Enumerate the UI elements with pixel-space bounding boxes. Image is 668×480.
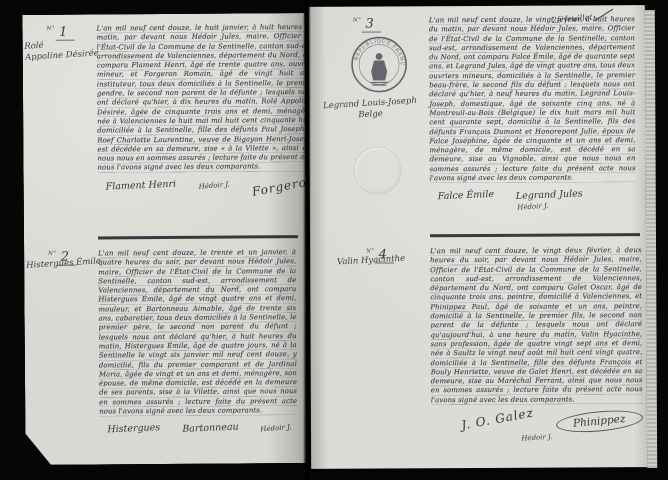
act-number-prefix: N° bbox=[47, 26, 56, 32]
act-2-margin: N°2 Histergues Émile bbox=[24, 239, 98, 458]
act-3-margin: N°3 RÉPUBLIQUE FRANÇAISE bbox=[309, 6, 428, 235]
act-text: L'an mil neuf cent douze, le trente et u… bbox=[98, 248, 297, 417]
act-3-body: L'an mil neuf cent douze, le vingt févri… bbox=[427, 5, 646, 234]
act-number: N°3 bbox=[353, 13, 381, 32]
act-number: N°1 bbox=[46, 21, 74, 40]
right-page: 2e feuillet N°3 RÉPUBLIQUE FRANÇAISE bbox=[309, 5, 647, 469]
signature: Bartonneau bbox=[182, 422, 239, 435]
republique-francaise-stamp-icon: RÉPUBLIQUE FRANÇAISE bbox=[349, 34, 409, 94]
embossed-seal-icon bbox=[354, 146, 402, 194]
book-fore-edge bbox=[645, 10, 657, 468]
act-4-body: L'an mil neuf cent douze, le vingt deux … bbox=[428, 236, 653, 462]
signature: Falce Émile bbox=[438, 189, 495, 202]
signature: J. O. Galez bbox=[460, 406, 535, 433]
act-4: N°4 Valin Hyacinthe L'an mil neuf cent d… bbox=[310, 236, 647, 463]
act-4-margin: N°4 Valin Hyacinthe bbox=[310, 237, 429, 463]
act-3: N°3 RÉPUBLIQUE FRANÇAISE bbox=[309, 5, 646, 235]
act-number-prefix: N° bbox=[353, 18, 362, 24]
left-page: N°1 Rolé Appoline Désirée L'an mil neuf … bbox=[22, 13, 307, 465]
act-1: N°1 Rolé Appoline Désirée L'an mil neuf … bbox=[22, 13, 306, 237]
act-text: L'an mil neuf cent douze, le vingt deux … bbox=[430, 246, 643, 405]
margin-note: Legrand Louis-Joseph Belge bbox=[311, 95, 430, 124]
act-2-body: L'an mil neuf cent douze, le trente et u… bbox=[96, 238, 308, 458]
act-number-prefix: N° bbox=[366, 249, 375, 255]
signature: Histergues bbox=[107, 422, 160, 435]
registry-scan: N°1 Rolé Appoline Désirée L'an mil neuf … bbox=[0, 0, 668, 480]
act-text: L'an mil neuf cent douze, le vingt févri… bbox=[429, 15, 636, 183]
act-2: N°2 Histergues Émile L'an mil neuf cent … bbox=[24, 238, 308, 459]
book-gutter-shadow bbox=[303, 0, 311, 480]
signatures-row: Flament Henri Hédoir J. Forgeron bbox=[98, 179, 316, 195]
signatures-row: Histergues Bartonneau Hédoir J. bbox=[99, 422, 297, 434]
signature: Flament Henri bbox=[105, 178, 176, 192]
act-1-margin: N°1 Rolé Appoline Désirée bbox=[22, 14, 96, 236]
signature: Hédoir J. bbox=[260, 423, 292, 433]
signature: Hédoir J. bbox=[198, 180, 230, 190]
act-number-prefix: N° bbox=[48, 251, 57, 257]
margin-note: Valin Hyacinthe bbox=[312, 252, 430, 270]
